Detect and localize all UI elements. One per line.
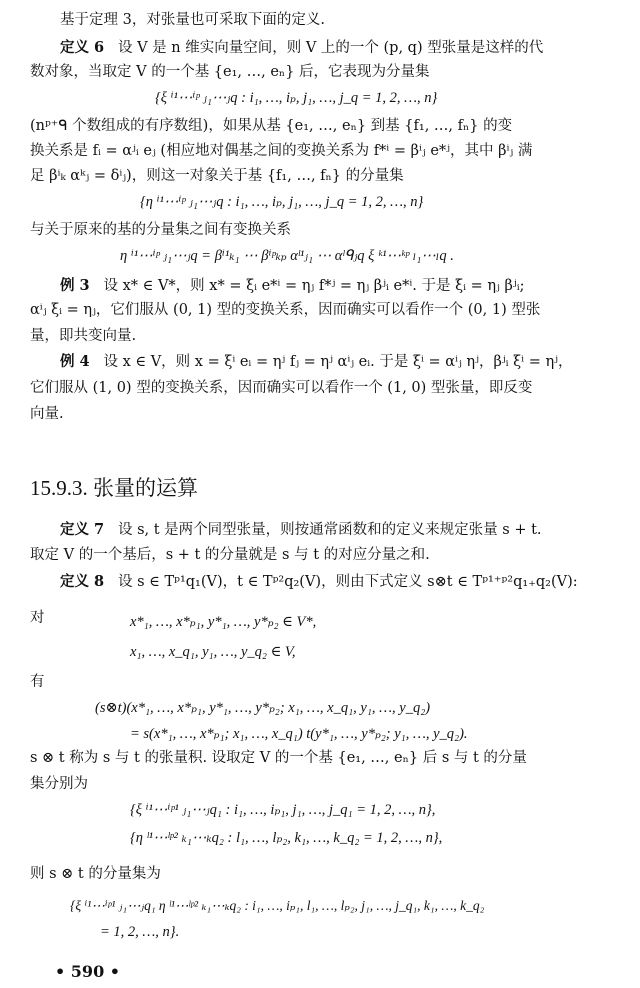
example-3-line-2: αⁱⱼ ξᵢ = ηⱼ，它们服从 (0, 1) 型的变换关系，因而确实可以看作一… [30, 300, 540, 320]
equation-component-set-xi: {ξ ⁱ¹⋯ⁱᵖ ⱼ₁⋯ⱼq : i₁, …, iₚ, j₁, …, j_q =… [155, 88, 437, 108]
example-3-text: 设 x* ∈ V*，则 x* = ξᵢ e*ⁱ = ηⱼ f*ʲ = ηⱼ βʲ… [103, 278, 524, 294]
definition-8-line-2: s ⊗ t 称为 s 与 t 的张量积. 设取定 V 的一个基 {e₁, …, … [30, 748, 527, 768]
definition-6-line-3: (nᵖ⁺ᑫ 个数组成的有序数组)，如果从基 {e₁, …, eₙ} 到基 {f₁… [30, 116, 512, 136]
definition-6-line-4: 换关系是 fᵢ = αʲᵢ eⱼ (相应地对偶基之间的变换关系为 f*ⁱ = β… [30, 141, 532, 161]
equation-component-set-s: {ξ ⁱ¹⋯ⁱᵖ¹ ⱼ₁⋯ⱼq₁ : i₁, …, iₚ₁, j₁, …, j_… [130, 800, 435, 820]
equation-tensor-product-components: {ξ ⁱ¹⋯ⁱᵖ¹ ⱼ₁⋯ⱼq₁ η ˡ¹⋯ˡᵖ² ₖ₁⋯ₖq₂ : i₁, …… [70, 896, 484, 916]
definition-6-text: 设 V 是 n 维实向量空间，则 V 上的一个 (p, q) 型张量是这样的代 [118, 40, 543, 56]
example-4-line-2: 它们服从 (1, 0) 型的变换关系，因而确实可以看作一个 (1, 0) 型张量… [30, 378, 532, 398]
definition-6-line-2: 数对象，当取定 V 的一个基 {e₁, …, eₙ} 后，它表现为分量集 [30, 62, 430, 82]
example-4-line-3: 向量. [30, 404, 64, 424]
definition-8-have: 有 [30, 672, 45, 692]
page-number: • 590 • [55, 962, 120, 982]
equation-vectors: x₁, …, x_q₁, y₁, …, y_q₂ ∈ V, [130, 642, 296, 662]
equation-component-set-eta: {η ⁱ¹⋯ⁱᵖ ⱼ₁⋯ⱼq : i₁, …, iₚ, j₁, …, j_q =… [140, 192, 423, 212]
definition-8-text: 设 s ∈ Tᵖ¹q₁(V)，t ∈ Tᵖ²q₂(V)，则由下式定义 s⊗t ∈… [118, 574, 578, 590]
definition-6-line-1: 定义 6 设 V 是 n 维实向量空间，则 V 上的一个 (p, q) 型张量是… [60, 38, 543, 58]
definition-7-line-2: 取定 V 的一个基后，s + t 的分量就是 s 与 t 的对应分量之和. [30, 545, 430, 565]
example-3-label: 例 3 [60, 277, 90, 294]
definition-8-line-4: 则 s ⊗ t 的分量集为 [30, 864, 161, 884]
example-4-text: 设 x ∈ V，则 x = ξⁱ eᵢ = ηʲ fⱼ = ηʲ αⁱⱼ eᵢ.… [103, 354, 572, 370]
example-4-line-1: 例 4 设 x ∈ V，则 x = ξⁱ eᵢ = ηʲ fⱼ = ηʲ αⁱⱼ… [60, 352, 572, 372]
definition-7-label: 定义 7 [60, 521, 104, 538]
equation-component-set-t: {η ˡ¹⋯ˡᵖ² ₖ₁⋯ₖq₂ : l₁, …, lₚ₂, k₁, …, k_… [130, 828, 442, 848]
equation-transformation-law: η ⁱ¹⋯ⁱᵖ ⱼ₁⋯ⱼq = βⁱ¹ₖ₁ ⋯ βⁱᵖₖₚ αˡ¹ⱼ₁ ⋯ αˡ… [120, 246, 454, 266]
section-heading: 15.9.3. 张量的运算 [30, 478, 198, 498]
intro-paragraph: 基于定理 3，对张量也可采取下面的定义. [60, 10, 325, 30]
definition-7-text: 设 s, t 是两个同型张量，则按通常函数和的定义来规定张量 s + t. [118, 522, 542, 538]
equation-dual-vectors: x*₁, …, x*ₚ₁, y*₁, …, y*ₚ₂ ∈ V*, [130, 612, 316, 632]
equation-tensor-product-lhs: (s⊗t)(x*₁, …, x*ₚ₁, y*₁, …, y*ₚ₂; x₁, …,… [95, 698, 430, 718]
definition-8-for: 对 [30, 608, 45, 628]
example-3-line-3: 量，即共变向量. [30, 326, 136, 346]
definition-8-label: 定义 8 [60, 573, 104, 590]
definition-8-line-3: 集分别为 [30, 774, 88, 794]
example-3-line-1: 例 3 设 x* ∈ V*，则 x* = ξᵢ e*ⁱ = ηⱼ f*ʲ = η… [60, 276, 525, 296]
definition-6-line-5: 足 βⁱₖ αᵏⱼ = δⁱⱼ)，则这一对象关于基 {f₁, …, fₙ} 的分… [30, 166, 404, 186]
example-4-label: 例 4 [60, 353, 90, 370]
equation-tensor-product-rhs: = s(x*₁, …, x*ₚ₁; x₁, …, x_q₁) t(y*₁, …,… [130, 724, 468, 744]
definition-6-line-6: 与关于原来的基的分量集之间有变换关系 [30, 220, 291, 240]
definition-8-line-1: 定义 8 设 s ∈ Tᵖ¹q₁(V)，t ∈ Tᵖ²q₂(V)，则由下式定义 … [60, 572, 578, 592]
definition-6-label: 定义 6 [60, 39, 104, 56]
equation-tensor-product-index-range: = 1, 2, …, n}. [100, 922, 179, 942]
definition-7-line-1: 定义 7 设 s, t 是两个同型张量，则按通常函数和的定义来规定张量 s + … [60, 520, 542, 540]
